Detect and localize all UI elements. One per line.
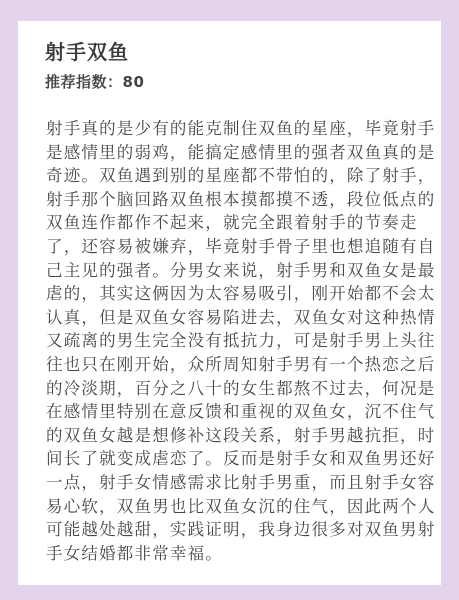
body-line: 间长了就变成虐恋了。反而是射手女和双鱼男还好 [46,447,418,471]
recommendation-score: 推荐指数：80 [45,71,144,93]
body-line: 的冷淡期，百分之八十的女生都熬不过去，何况是 [46,377,418,401]
body-line: 一点，射手女情感需求比射手男重，而且射手女容 [46,471,418,495]
body-line: 的双鱼女越是想修补这段关系，射手男越抗拒，时 [46,424,418,448]
body-line: 在感情里特别在意反馈和重视的双鱼女，沉不住气 [46,400,418,424]
body-line: 往也只在刚开始，众所周知射手男有一个热恋之后 [46,353,418,377]
body-line: 了，还容易被嫌弃，毕竟射手骨子里也想追随有自 [46,235,418,259]
body-line: 又疏离的男生完全没有抵抗力，可是射手男上头往 [46,329,418,353]
score-label: 推荐指数： [45,73,123,91]
body-line: 奇迹。双鱼遇到别的星座都不带怕的，除了射手， [46,164,418,188]
body-line: 手女结婚都非常幸福。 [46,542,418,566]
body-line: 易心软，双鱼男也比双鱼女沉的住气，因此两个人 [46,495,418,519]
body-line: 射手那个脑回路双鱼根本摸都摸不透，段位低点的 [46,188,418,212]
body-line: 射手真的是少有的能克制住双鱼的星座，毕竟射手 [46,117,418,141]
body-line: 双鱼连作都作不起来，就完全跟着射手的节奏走 [46,211,418,235]
article-title: 射手双鱼 [45,38,129,66]
article-body: 射手真的是少有的能克制住双鱼的星座，毕竟射手 是感情里的弱鸡，能搞定感情里的强者… [46,117,418,565]
body-line: 己主见的强者。分男女来说，射手男和双鱼女是最 [46,259,418,283]
body-line: 可能越处越甜，实践证明，我身边很多对双鱼男射 [46,518,418,542]
body-line: 虐的，其实这俩因为太容易吸引，刚开始都不会太 [46,282,418,306]
article-card: 射手双鱼 推荐指数：80 射手真的是少有的能克制住双鱼的星座，毕竟射手 是感情里… [18,21,441,585]
body-line: 是感情里的弱鸡，能搞定感情里的强者双鱼真的是 [46,141,418,165]
score-value: 80 [123,73,145,91]
body-line: 认真，但是双鱼女容易陷进去，双鱼女对这种热情 [46,306,418,330]
